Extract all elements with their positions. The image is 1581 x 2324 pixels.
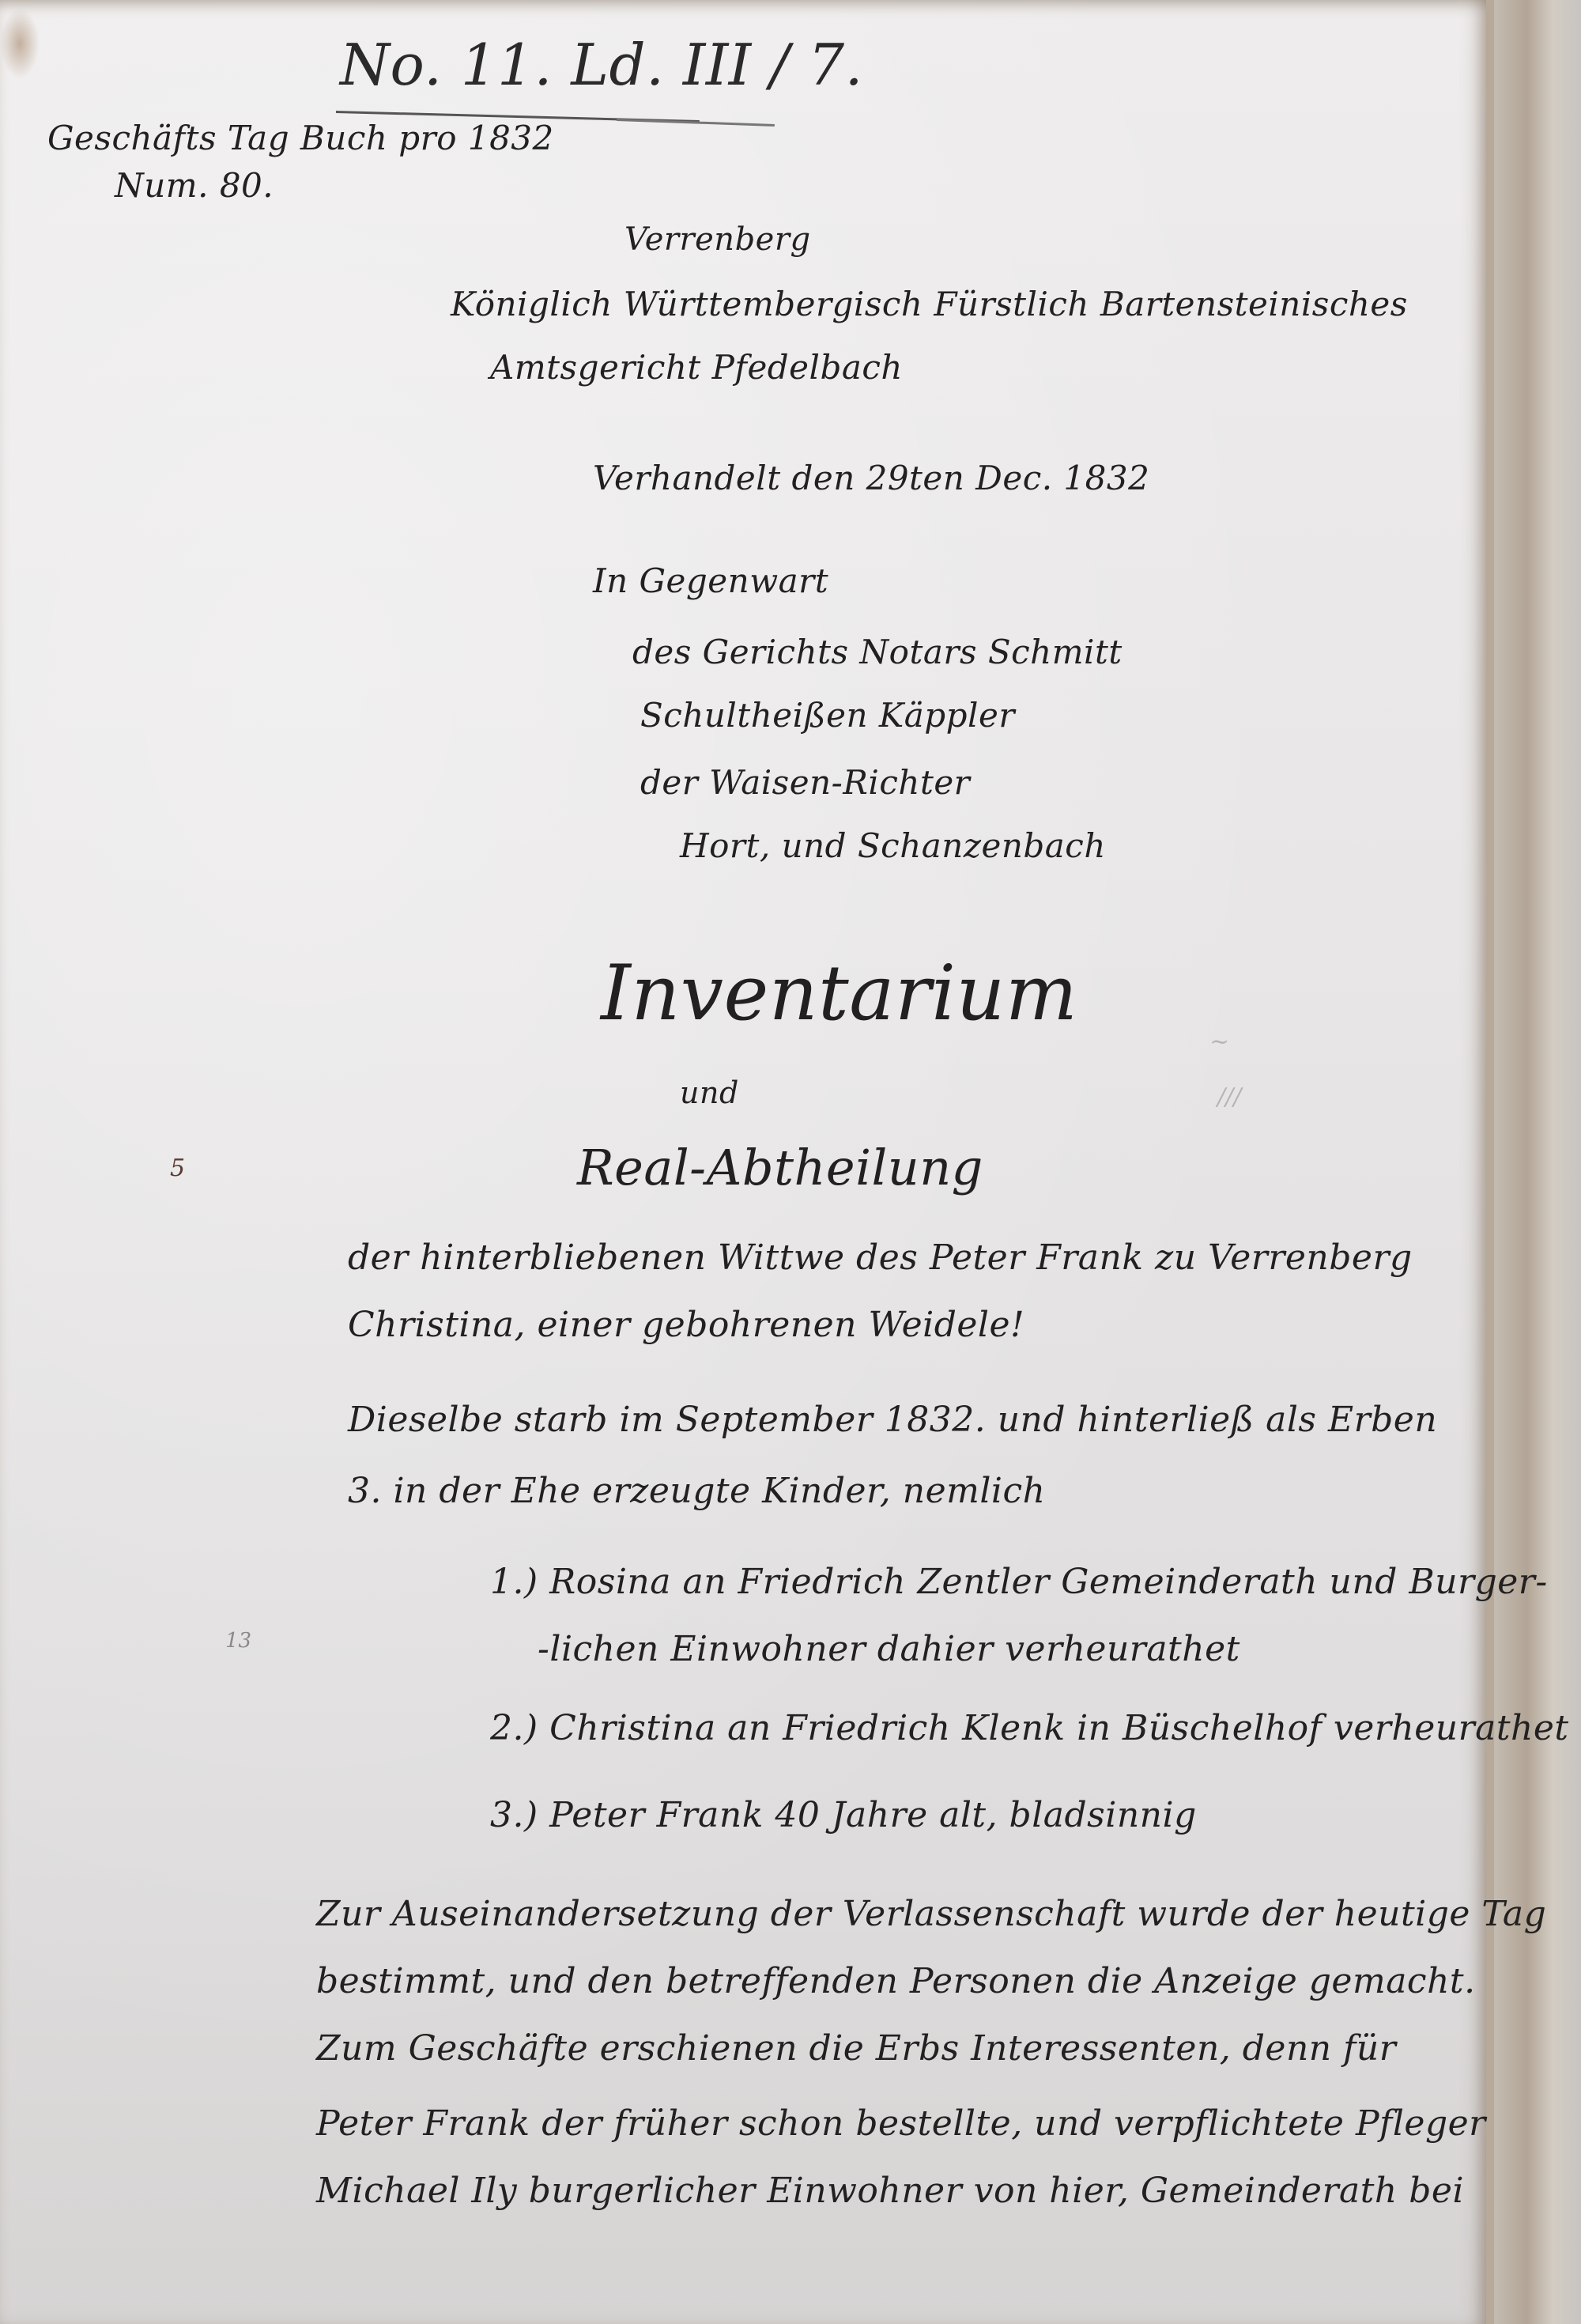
presence-line: Hort, und Schanzenbach <box>680 826 1106 865</box>
closing-line: bestimmt, und den betreffenden Personen … <box>316 1961 1476 2001</box>
closing-line: Peter Frank der früher schon bestellte, … <box>316 2103 1486 2144</box>
closing-line: Zum Geschäfte erschienen die Erbs Intere… <box>316 2028 1396 2069</box>
document-page: No. 11. Ld. III / 7. Geschäfts Tag Buch … <box>0 0 1494 2324</box>
margin-mark-lower: 13 <box>225 1629 251 1653</box>
body-line: 3. in der Ehe erzeugte Kinder, nemlich <box>348 1471 1045 1511</box>
heir-number: 1.) <box>490 1562 538 1602</box>
document-subtitle: Real-Abtheilung <box>577 1139 983 1196</box>
closing-line: Michael Ily burgerlicher Einwohner von h… <box>316 2171 1464 2211</box>
bleed-through-mark: ~ <box>1209 1028 1229 1056</box>
heir-number: 3.) <box>490 1795 538 1835</box>
record-date: Verhandelt den 29ten Dec. 1832 <box>593 459 1149 497</box>
document-stage: No. 11. Ld. III / 7. Geschäfts Tag Buch … <box>0 0 1581 2324</box>
heir-text: Peter Frank 40 Jahre alt, bladsinnig <box>549 1795 1197 1835</box>
registry-number: Num. 80. <box>115 166 274 205</box>
heir-text: Christina an Friedrich Klenk in Büschelh… <box>549 1708 1568 1748</box>
heir-item-2: 2.) Christina an Friedrich Klenk in Büsc… <box>490 1708 1569 1748</box>
presence-heading: In Gegenwart <box>593 561 828 600</box>
bleed-through-mark: /// <box>1217 1083 1241 1111</box>
place-name: Verrenberg <box>624 221 811 258</box>
document-title: Inventarium <box>601 949 1077 1037</box>
margin-mark: 5 <box>170 1154 185 1182</box>
presence-line: der Waisen-Richter <box>640 763 970 802</box>
heir-item-1-continuation: -lichen Einwohner dahier verheurathet <box>538 1629 1240 1669</box>
court-line-1: Königlich Württembergisch Fürstlich Bart… <box>451 285 1408 323</box>
body-line: Christina, einer gebohrenen Weidele! <box>348 1305 1024 1345</box>
registry-line: Geschäfts Tag Buch pro 1832 <box>47 119 554 157</box>
court-line-2: Amtsgericht Pfedelbach <box>490 348 903 387</box>
heir-item-3: 3.) Peter Frank 40 Jahre alt, bladsinnig <box>490 1795 1197 1835</box>
stain <box>0 8 40 79</box>
heir-text: Rosina an Friedrich Zentler Gemeinderath… <box>549 1562 1548 1602</box>
heir-item-1: 1.) Rosina an Friedrich Zentler Gemeinde… <box>490 1562 1548 1602</box>
heir-number: 2.) <box>490 1708 538 1748</box>
body-line: Dieselbe starb im September 1832. und hi… <box>348 1400 1437 1440</box>
closing-line: Zur Auseinandersetzung der Verlassenscha… <box>316 1894 1546 1934</box>
presence-line: des Gerichts Notars Schmitt <box>632 633 1123 671</box>
title-conjunction: und <box>680 1075 739 1110</box>
presence-line: Schultheißen Käppler <box>640 696 1015 735</box>
body-line: der hinterbliebenen Wittwe des Peter Fra… <box>348 1238 1413 1278</box>
shelfmark: No. 11. Ld. III / 7. <box>340 32 863 98</box>
